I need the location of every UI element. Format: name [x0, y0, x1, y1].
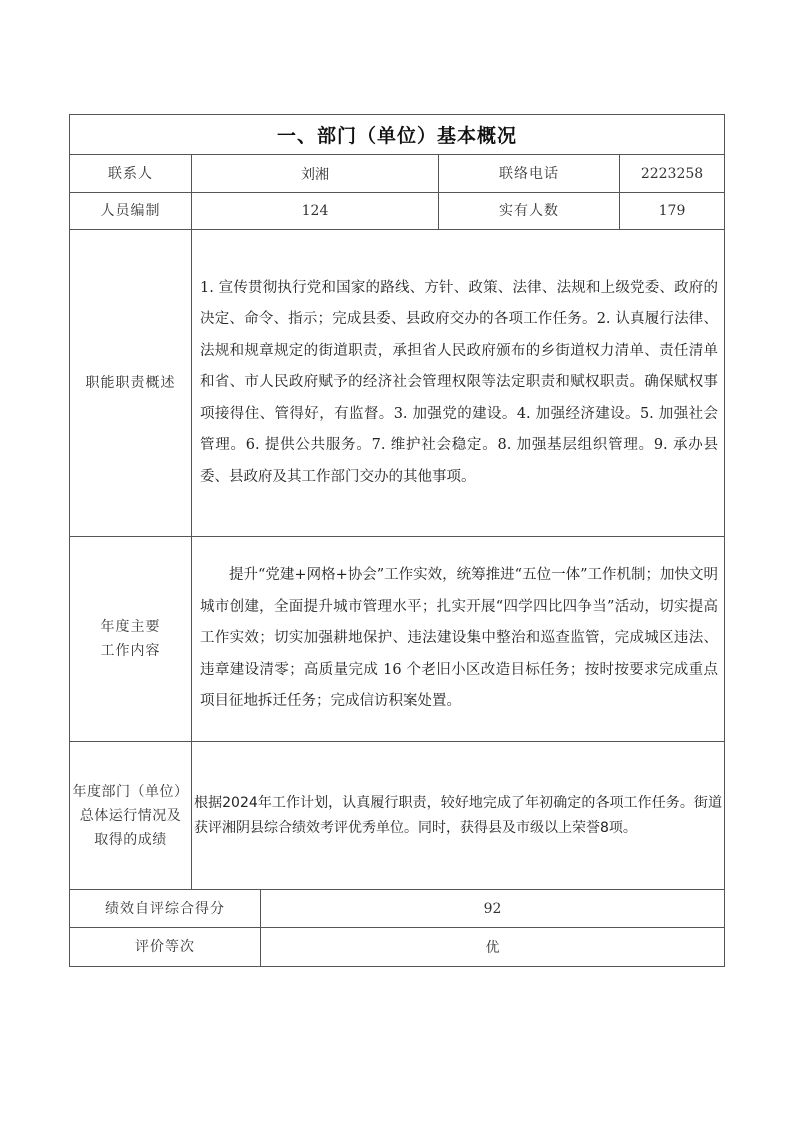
overall-label-line1: 年度部门（单位） — [73, 780, 189, 804]
overall-label-line3: 取得的成绩 — [94, 828, 167, 852]
duties-label: 职能职责概述 — [70, 230, 191, 536]
duties-row: 职能职责概述 1. 宣传贯彻执行党和国家的路线、方针、政策、法律、法规和上级党委… — [69, 229, 725, 536]
annual-work-text-cell: 提升“党建+网格+协会”工作实效，统筹推进“五位一体”工作机制；加快文明城市创建… — [191, 537, 724, 741]
annual-work-label-line1: 年度主要 — [101, 615, 161, 639]
annual-work-label-line2: 工作内容 — [101, 639, 161, 663]
phone-label: 联络电话 — [438, 155, 619, 192]
grade-row: 评价等次 优 — [69, 927, 725, 967]
actual-staff-label: 实有人数 — [438, 193, 619, 229]
score-label: 绩效自评综合得分 — [70, 890, 260, 927]
duties-text-cell: 1. 宣传贯彻执行党和国家的路线、方针、政策、法律、法规和上级党委、政府的决定、… — [191, 230, 724, 536]
annual-work-row: 年度主要 工作内容 提升“党建+网格+协会”工作实效，统筹推进“五位一体”工作机… — [69, 536, 725, 741]
overall-row: 年度部门（单位） 总体运行情况及 取得的成绩 根据2024年工作计划，认真履行职… — [69, 741, 725, 889]
overall-label-line2: 总体运行情况及 — [80, 804, 182, 828]
basic-overview-table: 一、部门（单位）基本概况 联系人 刘湘 联络电话 2223258 人员编制 12… — [69, 114, 725, 967]
staff-row: 人员编制 124 实有人数 179 — [69, 192, 725, 229]
annual-work-text: 提升“党建+网格+协会”工作实效，统筹推进“五位一体”工作机制；加快文明城市创建… — [200, 560, 718, 718]
actual-staff-value: 179 — [619, 193, 724, 229]
overall-text-cell: 根据2024年工作计划，认真履行职责，较好地完成了年初确定的各项工作任务。街道获… — [191, 742, 724, 889]
score-row: 绩效自评综合得分 92 — [69, 889, 725, 927]
contact-value: 刘湘 — [191, 155, 438, 192]
contact-row: 联系人 刘湘 联络电话 2223258 — [69, 154, 725, 192]
section-title: 一、部门（单位）基本概况 — [70, 115, 724, 154]
phone-value: 2223258 — [619, 155, 724, 192]
title-row: 一、部门（单位）基本概况 — [69, 114, 725, 154]
grade-label: 评价等次 — [70, 928, 260, 966]
staff-quota-label: 人员编制 — [70, 193, 191, 229]
staff-quota-value: 124 — [191, 193, 438, 229]
overall-label: 年度部门（单位） 总体运行情况及 取得的成绩 — [70, 742, 191, 889]
annual-work-label: 年度主要 工作内容 — [70, 537, 191, 741]
overall-text: 根据2024年工作计划，认真履行职责，较好地完成了年初确定的各项工作任务。街道获… — [194, 791, 722, 841]
grade-value: 优 — [260, 928, 724, 966]
score-value: 92 — [260, 890, 724, 927]
duties-text: 1. 宣传贯彻执行党和国家的路线、方针、政策、法律、法规和上级党委、政府的决定、… — [200, 273, 718, 494]
contact-label: 联系人 — [70, 155, 191, 192]
